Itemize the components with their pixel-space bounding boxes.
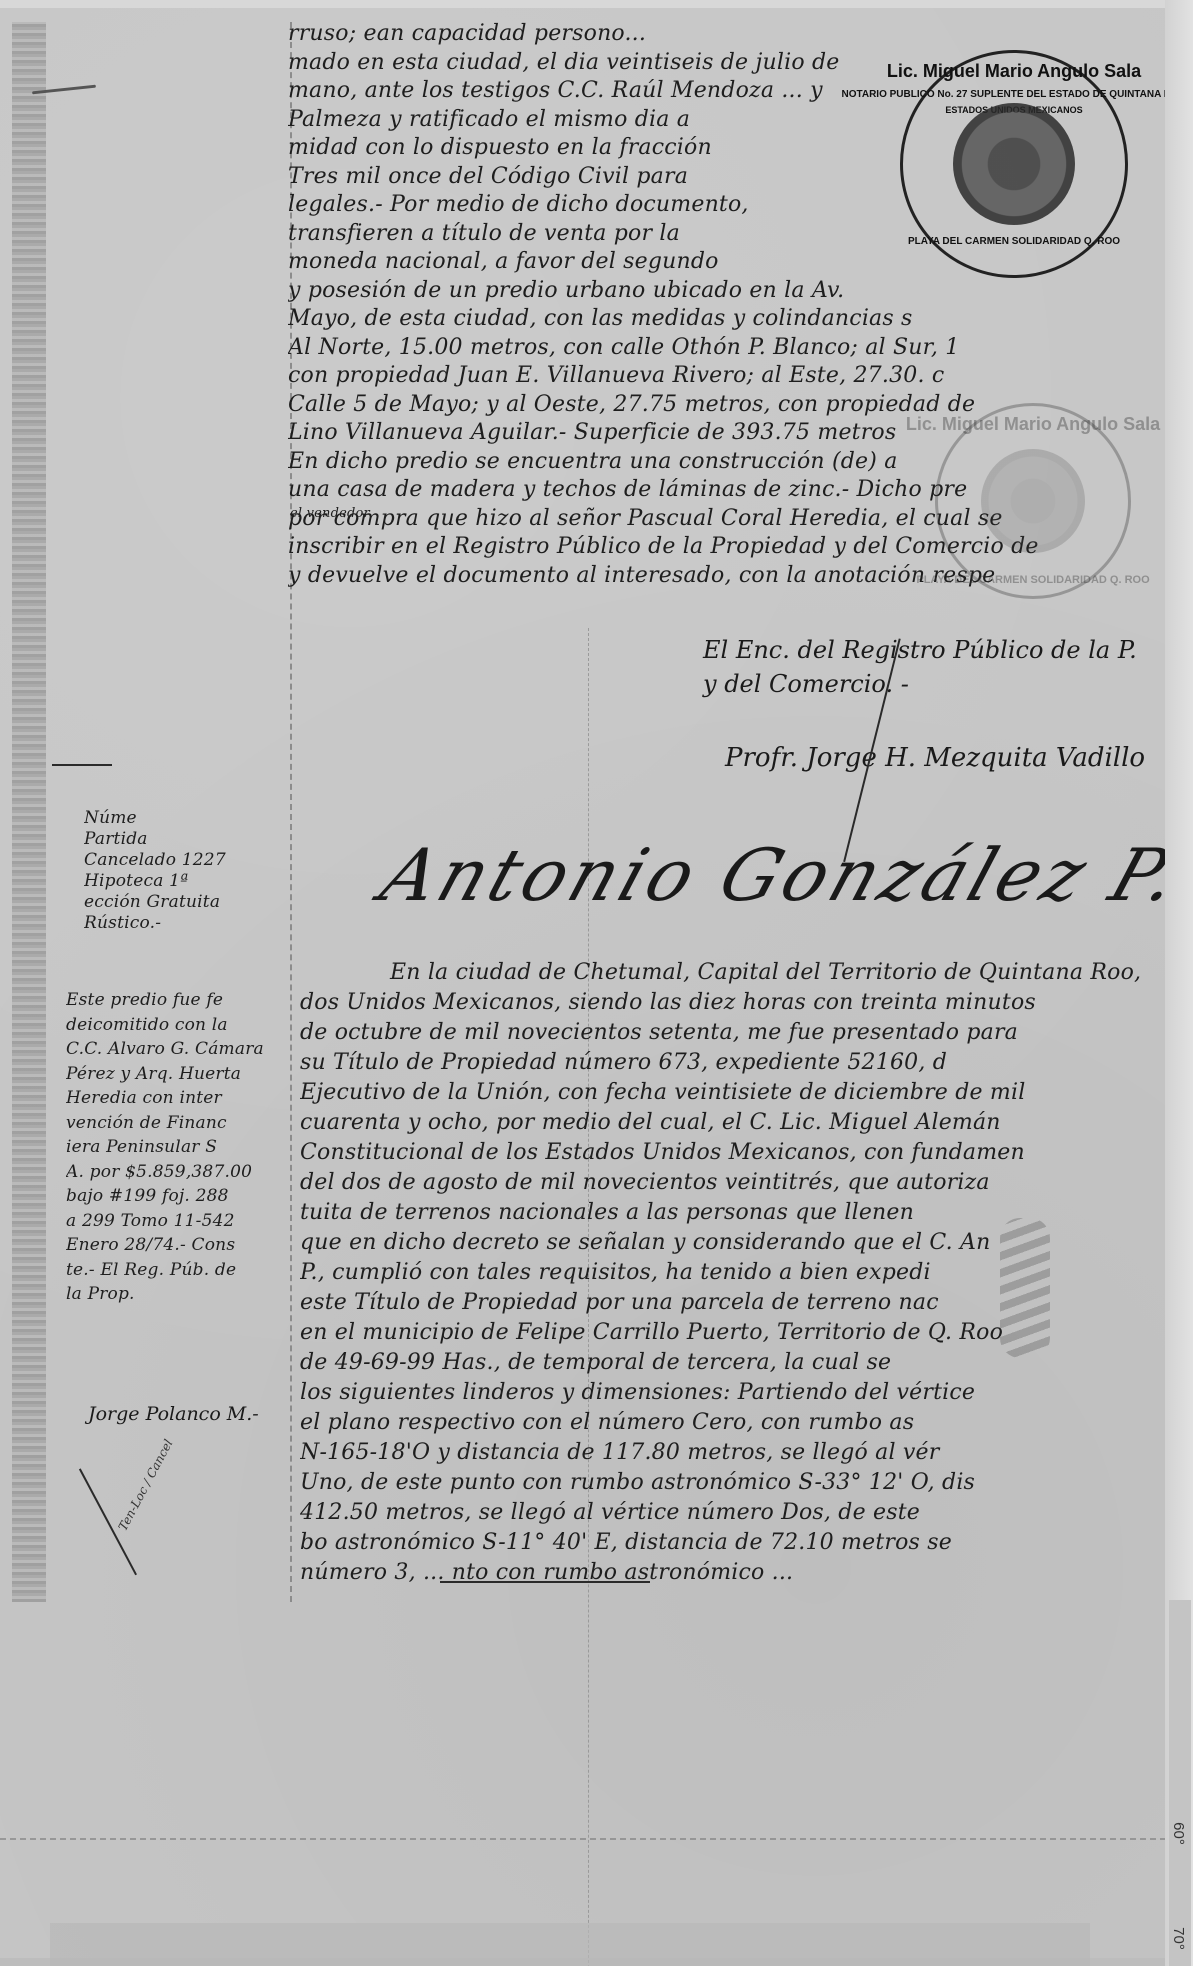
margin-line: Este predio fue fe: [66, 988, 292, 1013]
seal-title: NOTARIO PUBLICO No. 27 SUPLENTE DEL ESTA…: [841, 89, 1186, 100]
margin-line: iera Peninsular S: [66, 1135, 292, 1160]
margin-line: C.C. Alvaro G. Cámara: [66, 1037, 292, 1062]
document-page: rruso; ean capacidad persono... mado en …: [0, 8, 1165, 1958]
margin-line: ección Gratuita: [84, 892, 294, 913]
margin-line: Heredia con inter: [66, 1086, 292, 1111]
margin-line: te.- El Reg. Púb. de: [66, 1258, 292, 1283]
margin-line: a 299 Tomo 11-542: [66, 1209, 292, 1234]
text-line: del dos de agosto de mil novecientos vei…: [300, 1168, 1160, 1198]
text-line: 412.50 metros, se llegó al vértice númer…: [300, 1498, 1160, 1528]
margin-signature: Jorge Polanco M.-: [88, 1403, 259, 1425]
margin-mark: [52, 764, 112, 766]
text-line: y posesión de un predio urbano ubicado e…: [288, 277, 1158, 306]
edge-ruler: [1169, 1600, 1191, 1966]
text-line: Constitucional de los Estados Unidos Mex…: [300, 1138, 1160, 1168]
margin-diagonal-note: Ten-Loc / Cancel: [116, 1437, 176, 1533]
registrar-title-line1: El Enc. del Registro Público de la P.: [703, 633, 1137, 667]
text-line: Al Norte, 15.00 metros, con calle Othón …: [288, 334, 1158, 363]
margin-line: A. por $5.859,387.00: [66, 1160, 292, 1185]
seal-notary-name: Lic. Miguel Mario Angulo Sala: [906, 414, 1160, 435]
interlinear-note: el vendedor: [290, 506, 370, 521]
margin-line: vención de Financ: [66, 1111, 292, 1136]
main-signature: Antonio González P.: [371, 833, 1192, 917]
notary-seal: Lic. Miguel Mario Angulo Sala NOTARIO PU…: [900, 50, 1128, 278]
mexican-eagle-emblem-icon: [953, 103, 1075, 225]
text-line: bo astronómico S-11° 40' E, distancia de…: [300, 1528, 1160, 1558]
margin-cancellation-notes: Este predio fue fe deicomitido con la C.…: [66, 988, 292, 1307]
margin-line: Hipoteca 1ª: [84, 871, 294, 892]
seal-notary-name: Lic. Miguel Mario Angulo Sala: [887, 61, 1141, 82]
text-line: cuarenta y ocho, por medio del cual, el …: [300, 1108, 1160, 1138]
margin-line: Partida: [84, 829, 294, 850]
text-line: N-165-18'O y distancia de 117.80 metros,…: [300, 1438, 1160, 1468]
text-line: Uno, de este punto con rumbo astronómico…: [300, 1468, 1160, 1498]
text-line: En la ciudad de Chetumal, Capital del Te…: [300, 958, 1160, 988]
ruler-mark-60: 60°: [1170, 1822, 1187, 1845]
text-line: el plano respectivo con el número Cero, …: [300, 1408, 1160, 1438]
page-fold-line: [0, 1838, 1170, 1840]
registrar-footer: El Enc. del Registro Público de la P. y …: [703, 633, 1137, 701]
registrar-title-line2: y del Comercio. -: [703, 667, 1137, 701]
registrar-signature: Profr. Jorge H. Mezquita Vadillo: [725, 743, 1145, 773]
ruler-mark-70: 70°: [1170, 1927, 1187, 1950]
margin-line: Núme: [84, 808, 294, 829]
text-line: dos Unidos Mexicanos, siendo las diez ho…: [300, 988, 1160, 1018]
seal-bottom-text: PLAYA DEL CARMEN SOLIDARIDAD Q. ROO: [916, 574, 1149, 586]
page-bottom-band: [50, 1923, 1090, 1966]
mexican-eagle-emblem-icon: [981, 449, 1086, 554]
seal-bottom-text: PLAYA DEL CARMEN SOLIDARIDAD Q. ROO: [908, 236, 1120, 247]
faded-stamp-impression: [1000, 1218, 1050, 1358]
margin-line: bajo #199 foj. 288: [66, 1184, 292, 1209]
notary-seal-faded: Lic. Miguel Mario Angulo Sala PLAYA DEL …: [935, 403, 1131, 599]
text-line: los siguientes linderos y dimensiones: P…: [300, 1378, 1160, 1408]
text-line: número 3, ... nto con rumbo astronómico …: [300, 1558, 1160, 1588]
bleed-through-text: [30, 1618, 1140, 1828]
margin-line: Enero 28/74.- Cons: [66, 1233, 292, 1258]
margin-line: la Prop.: [66, 1282, 292, 1307]
closing-underline: [440, 1581, 650, 1583]
text-line: Mayo, de esta ciudad, con las medidas y …: [288, 305, 1158, 334]
margin-header-notes: Núme Partida Cancelado 1227 Hipoteca 1ª …: [84, 808, 294, 934]
margin-line: Pérez y Arq. Huerta: [66, 1062, 292, 1087]
text-line: con propiedad Juan E. Villanueva Rivero;…: [288, 362, 1158, 391]
margin-line: Cancelado 1227: [84, 850, 294, 871]
margin-line: deicomitido con la: [66, 1013, 292, 1038]
text-line: Ejecutivo de la Unión, con fecha veintis…: [300, 1078, 1160, 1108]
binding-strip: [12, 22, 46, 1602]
margin-line: Rústico.-: [84, 913, 294, 934]
text-line: su Título de Propiedad número 673, exped…: [300, 1048, 1160, 1078]
text-line: rruso; ean capacidad persono...: [288, 20, 1158, 49]
text-line: de octubre de mil novecientos setenta, m…: [300, 1018, 1160, 1048]
